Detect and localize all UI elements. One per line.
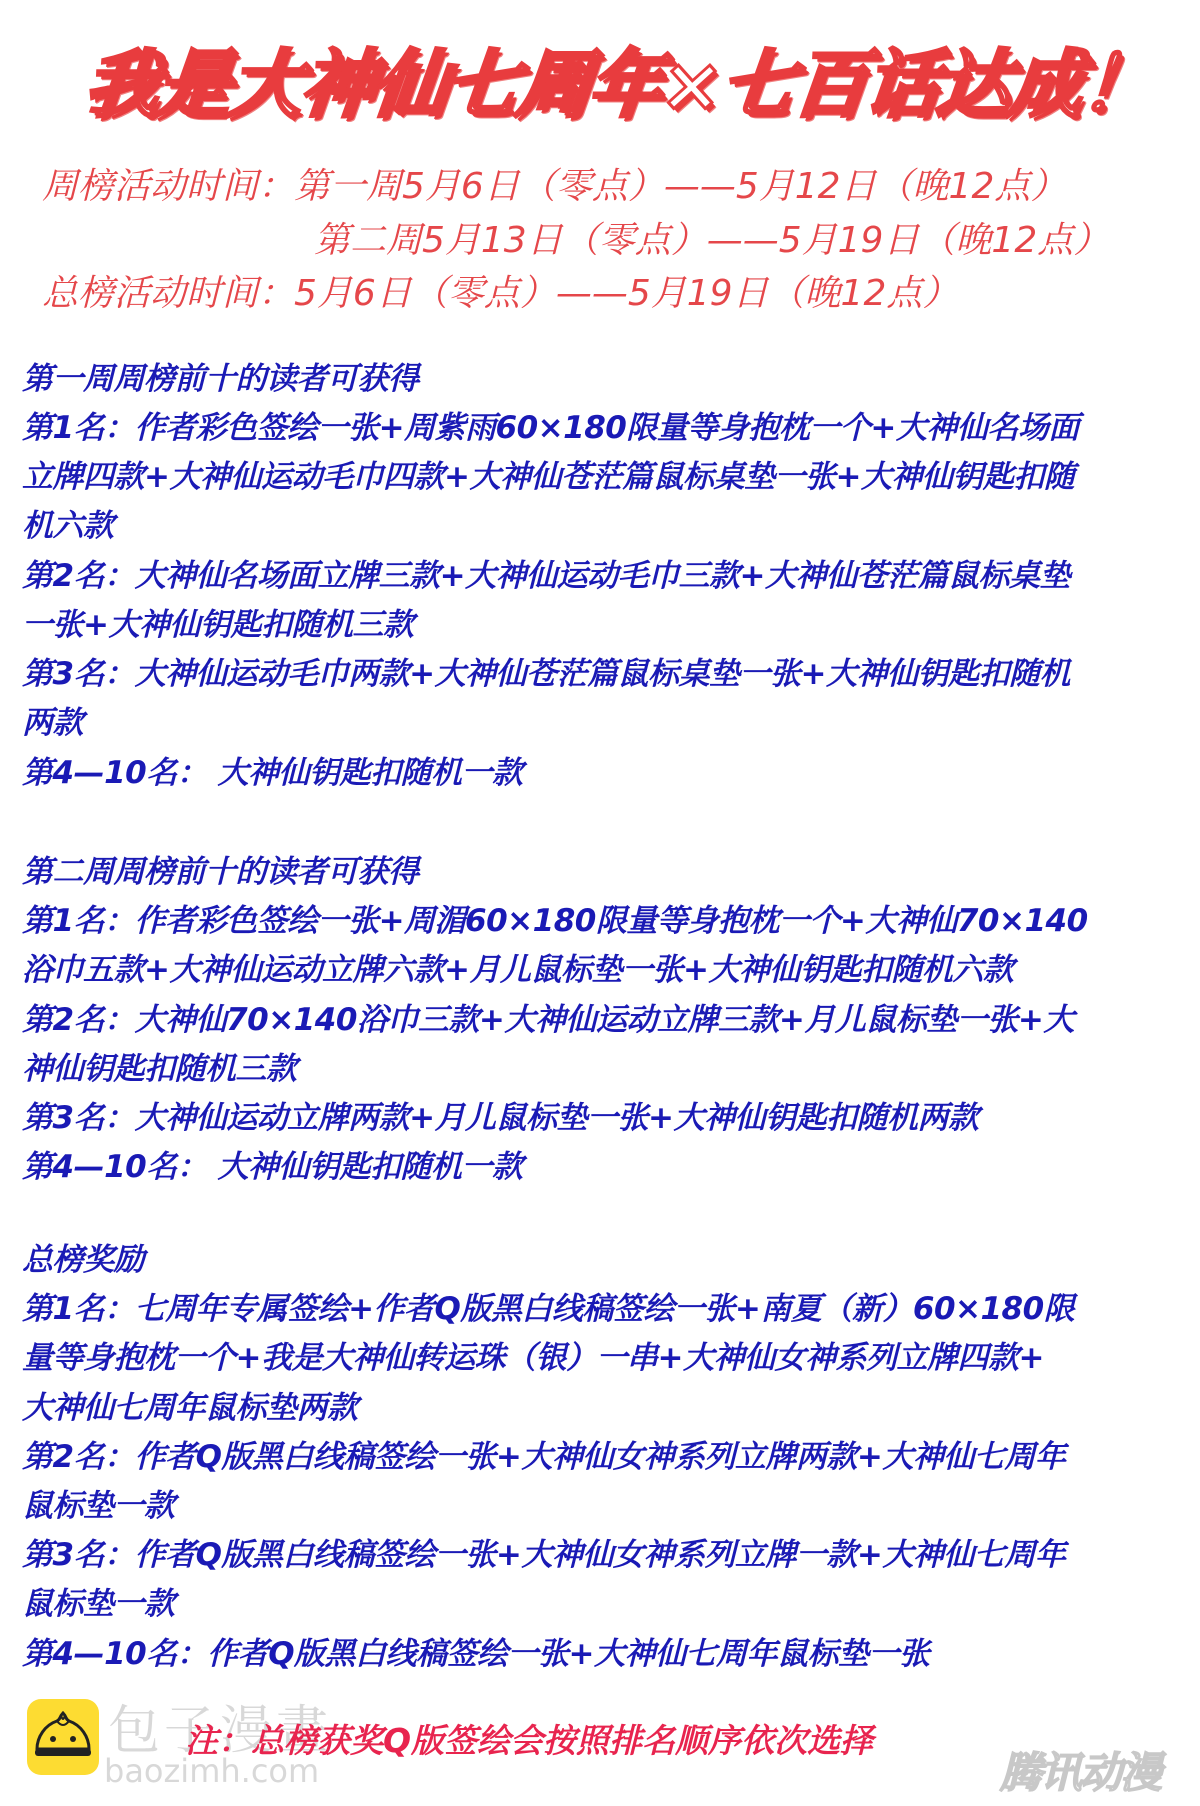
total-line: 第3名：作者Q版黑白线稿签绘一张+大神仙女神系列立牌一款+大神仙七周年 bbox=[22, 1531, 1065, 1580]
total-dates: 5月6日（零点）——5月19日（晚12点） bbox=[294, 273, 958, 314]
poster-title: 我是大神仙七周年×七百话达成！ bbox=[80, 38, 1160, 133]
week1-line: 机六款 bbox=[22, 502, 114, 551]
week1-dates: 第一周5月6日（零点）——5月12日（晚12点） bbox=[294, 166, 1066, 207]
total-line: 量等身抱枕一个+我是大神仙转运珠（银）一串+大神仙女神系列立牌四款+ bbox=[22, 1334, 1044, 1383]
week1-line: 第4—10名： 大神仙钥匙扣随机一款 bbox=[22, 749, 523, 798]
week2-line: 神仙钥匙扣随机三款 bbox=[22, 1045, 297, 1094]
week1-line: 第1名：作者彩色签绘一张+周紫雨60×180限量等身抱枕一个+大神仙名场面 bbox=[22, 404, 1079, 453]
total-line: 第1名：七周年专属签绘+作者Q版黑白线稿签绘一张+南夏（新）60×180限 bbox=[22, 1285, 1074, 1334]
week2-line: 第2名：大神仙70×140浴巾三款+大神仙运动立牌三款+月儿鼠标垫一张+大 bbox=[22, 996, 1074, 1045]
total-heading: 总榜奖励 bbox=[22, 1236, 144, 1285]
total-line: 鼠标垫一款 bbox=[22, 1482, 175, 1531]
selection-note: 注：总榜获奖Q版签绘会按照排名顺序依次选择 bbox=[185, 1715, 873, 1762]
week1-line: 立牌四款+大神仙运动毛巾四款+大神仙苍茫篇鼠标桌垫一张+大神仙钥匙扣随 bbox=[22, 453, 1074, 502]
week2-line: 第1名：作者彩色签绘一张+周湄60×180限量等身抱枕一个+大神仙70×140 bbox=[22, 897, 1088, 946]
week1-heading: 第一周周榜前十的读者可获得 bbox=[22, 355, 419, 404]
baozi-logo-icon bbox=[27, 1699, 99, 1775]
total-schedule-row: 总榜活动时间：5月6日（零点）——5月19日（晚12点） bbox=[42, 265, 958, 323]
weekly-schedule-row-2: 第二周5月13日（零点）——5月19日（晚12点） bbox=[314, 212, 1109, 270]
week2-heading: 第二周周榜前十的读者可获得 bbox=[22, 848, 419, 897]
week1-line: 一张+大神仙钥匙扣随机三款 bbox=[22, 601, 413, 650]
week1-line: 两款 bbox=[22, 699, 83, 748]
total-line: 第2名：作者Q版黑白线稿签绘一张+大神仙女神系列立牌两款+大神仙七周年 bbox=[22, 1433, 1065, 1482]
total-line: 大神仙七周年鼠标垫两款 bbox=[22, 1384, 358, 1433]
bun-icon bbox=[31, 1709, 95, 1765]
week2-dates: 第二周5月13日（零点）——5月19日（晚12点） bbox=[314, 220, 1109, 261]
week2-line: 第3名：大神仙运动立牌两款+月儿鼠标垫一张+大神仙钥匙扣随机两款 bbox=[22, 1094, 979, 1143]
watermark-brand: 腾讯动漫 bbox=[1000, 1740, 1160, 1800]
week2-line: 浴巾五款+大神仙运动立牌六款+月儿鼠标垫一张+大神仙钥匙扣随机六款 bbox=[22, 946, 1013, 995]
total-schedule-label: 总榜活动时间： bbox=[42, 273, 294, 314]
week2-line: 第4—10名： 大神仙钥匙扣随机一款 bbox=[22, 1143, 523, 1192]
weekly-schedule-row-1: 周榜活动时间：第一周5月6日（零点）——5月12日（晚12点） bbox=[42, 158, 1066, 216]
total-line: 第4—10名：作者Q版黑白线稿签绘一张+大神仙七周年鼠标垫一张 bbox=[22, 1630, 930, 1679]
total-line: 鼠标垫一款 bbox=[22, 1580, 175, 1629]
week1-line: 第2名：大神仙名场面立牌三款+大神仙运动毛巾三款+大神仙苍茫篇鼠标桌垫 bbox=[22, 552, 1070, 601]
week1-line: 第3名：大神仙运动毛巾两款+大神仙苍茫篇鼠标桌垫一张+大神仙钥匙扣随机 bbox=[22, 650, 1070, 699]
weekly-schedule-label: 周榜活动时间： bbox=[42, 166, 294, 207]
